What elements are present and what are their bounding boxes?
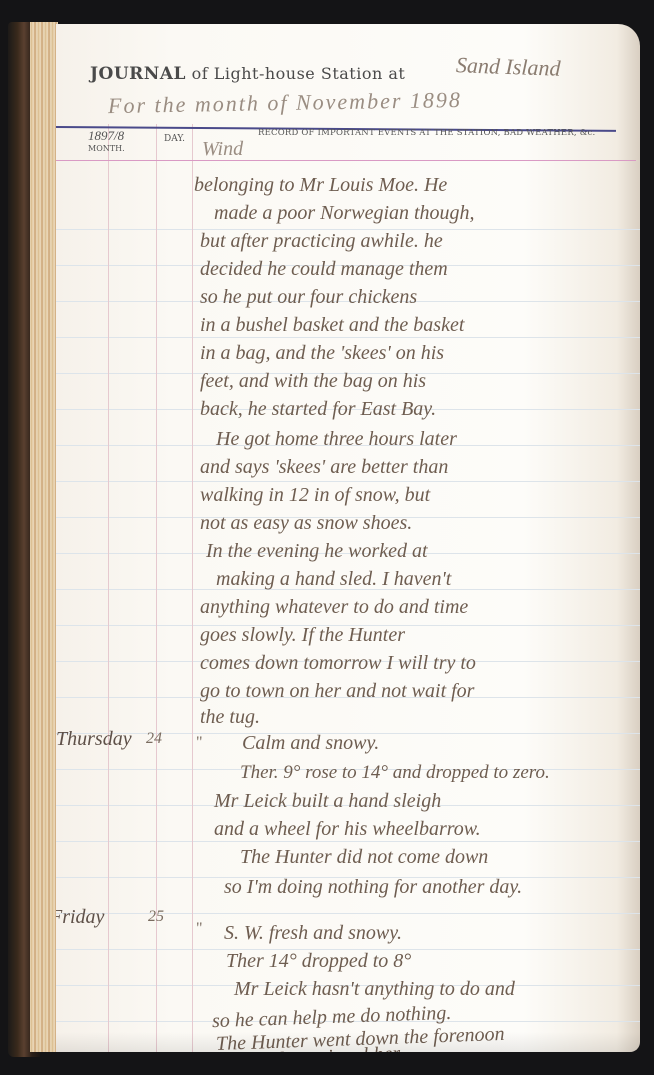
wind-column-rule [192, 124, 193, 1052]
entry-line: in a bushel basket and the basket [200, 314, 464, 337]
entry-day-name: Thursday [56, 728, 132, 751]
entry-line: comes down tomorrow I will try to [200, 652, 476, 675]
entry-line: S. W. fresh and snowy. [224, 922, 402, 945]
entry-line: and a wheel for his wheelbarrow. [214, 818, 481, 841]
entry-day-number: 24 [146, 730, 162, 748]
wind-column-label: Wind [202, 138, 243, 161]
journal-page: JOURNAL of Light-house Station at Sand I… [56, 24, 640, 1052]
entry-line: Mr Leick built a hand sleigh [214, 790, 441, 813]
entry-line: In the evening he worked at [206, 540, 428, 563]
entry-line: Ther. 9° rose to 14° and dropped to zero… [240, 762, 550, 784]
entry-day-name: Friday [56, 906, 104, 929]
entry-line: made a poor Norwegian though, [214, 202, 475, 225]
printed-title: JOURNAL of Light-house Station at [90, 64, 405, 84]
record-column-label: RECORD OF IMPORTANT EVENTS AT THE STATIO… [258, 128, 595, 138]
wind-ditto: " [196, 734, 203, 752]
entry-line: making a hand sled. I haven't [216, 568, 451, 591]
entry-line: so I'm doing nothing for another day. [224, 876, 522, 899]
header-rule-pink [56, 160, 636, 161]
entry-line: back, he started for East Bay. [200, 398, 436, 421]
entry-line: not as easy as snow shoes. [200, 512, 412, 535]
title-rest: of Light-house Station at [186, 64, 405, 83]
day-column-label: DAY. [164, 134, 185, 144]
entry-line: and says 'skees' are better than [200, 456, 448, 479]
entry-line: The Hunter did not come down [240, 846, 488, 869]
month-column-rule [108, 124, 109, 1052]
entry-line: but after practicing awhile. he [200, 230, 443, 253]
entry-line: so he put our four chickens [200, 286, 417, 309]
station-name: Sand Island [456, 52, 561, 82]
entry-line: goes slowly. If the Hunter [200, 624, 405, 647]
entry-line: Mr Leick hasn't anything to do and [234, 978, 515, 1001]
entry-day-number: 25 [148, 908, 164, 926]
year-column: 1897/8 [88, 128, 124, 144]
entry-line: Calm and snowy. [242, 732, 379, 755]
title-journal: JOURNAL [90, 64, 186, 84]
entry-line: go to town on her and not wait for [200, 680, 474, 703]
page-edges [30, 22, 58, 1052]
entry-line: belonging to Mr Louis Moe. He [194, 174, 447, 197]
wind-ditto: " [196, 920, 203, 938]
month-line: For the month of November 1898 [108, 87, 462, 119]
page-shadow [56, 1032, 640, 1052]
entry-line: in a bag, and the 'skees' on his [200, 342, 444, 365]
entry-line: walking in 12 in of snow, but [200, 484, 430, 507]
entry-line: He got home three hours later [216, 428, 457, 451]
entry-line: feet, and with the bag on his [200, 370, 426, 393]
month-column-label: MONTH. [88, 144, 125, 153]
entry-line: anything whatever to do and time [200, 596, 468, 619]
entry-line: decided he could manage them [200, 258, 448, 281]
entry-line: the tug. [200, 706, 260, 729]
entry-line: Ther 14° dropped to 8° [226, 950, 411, 973]
